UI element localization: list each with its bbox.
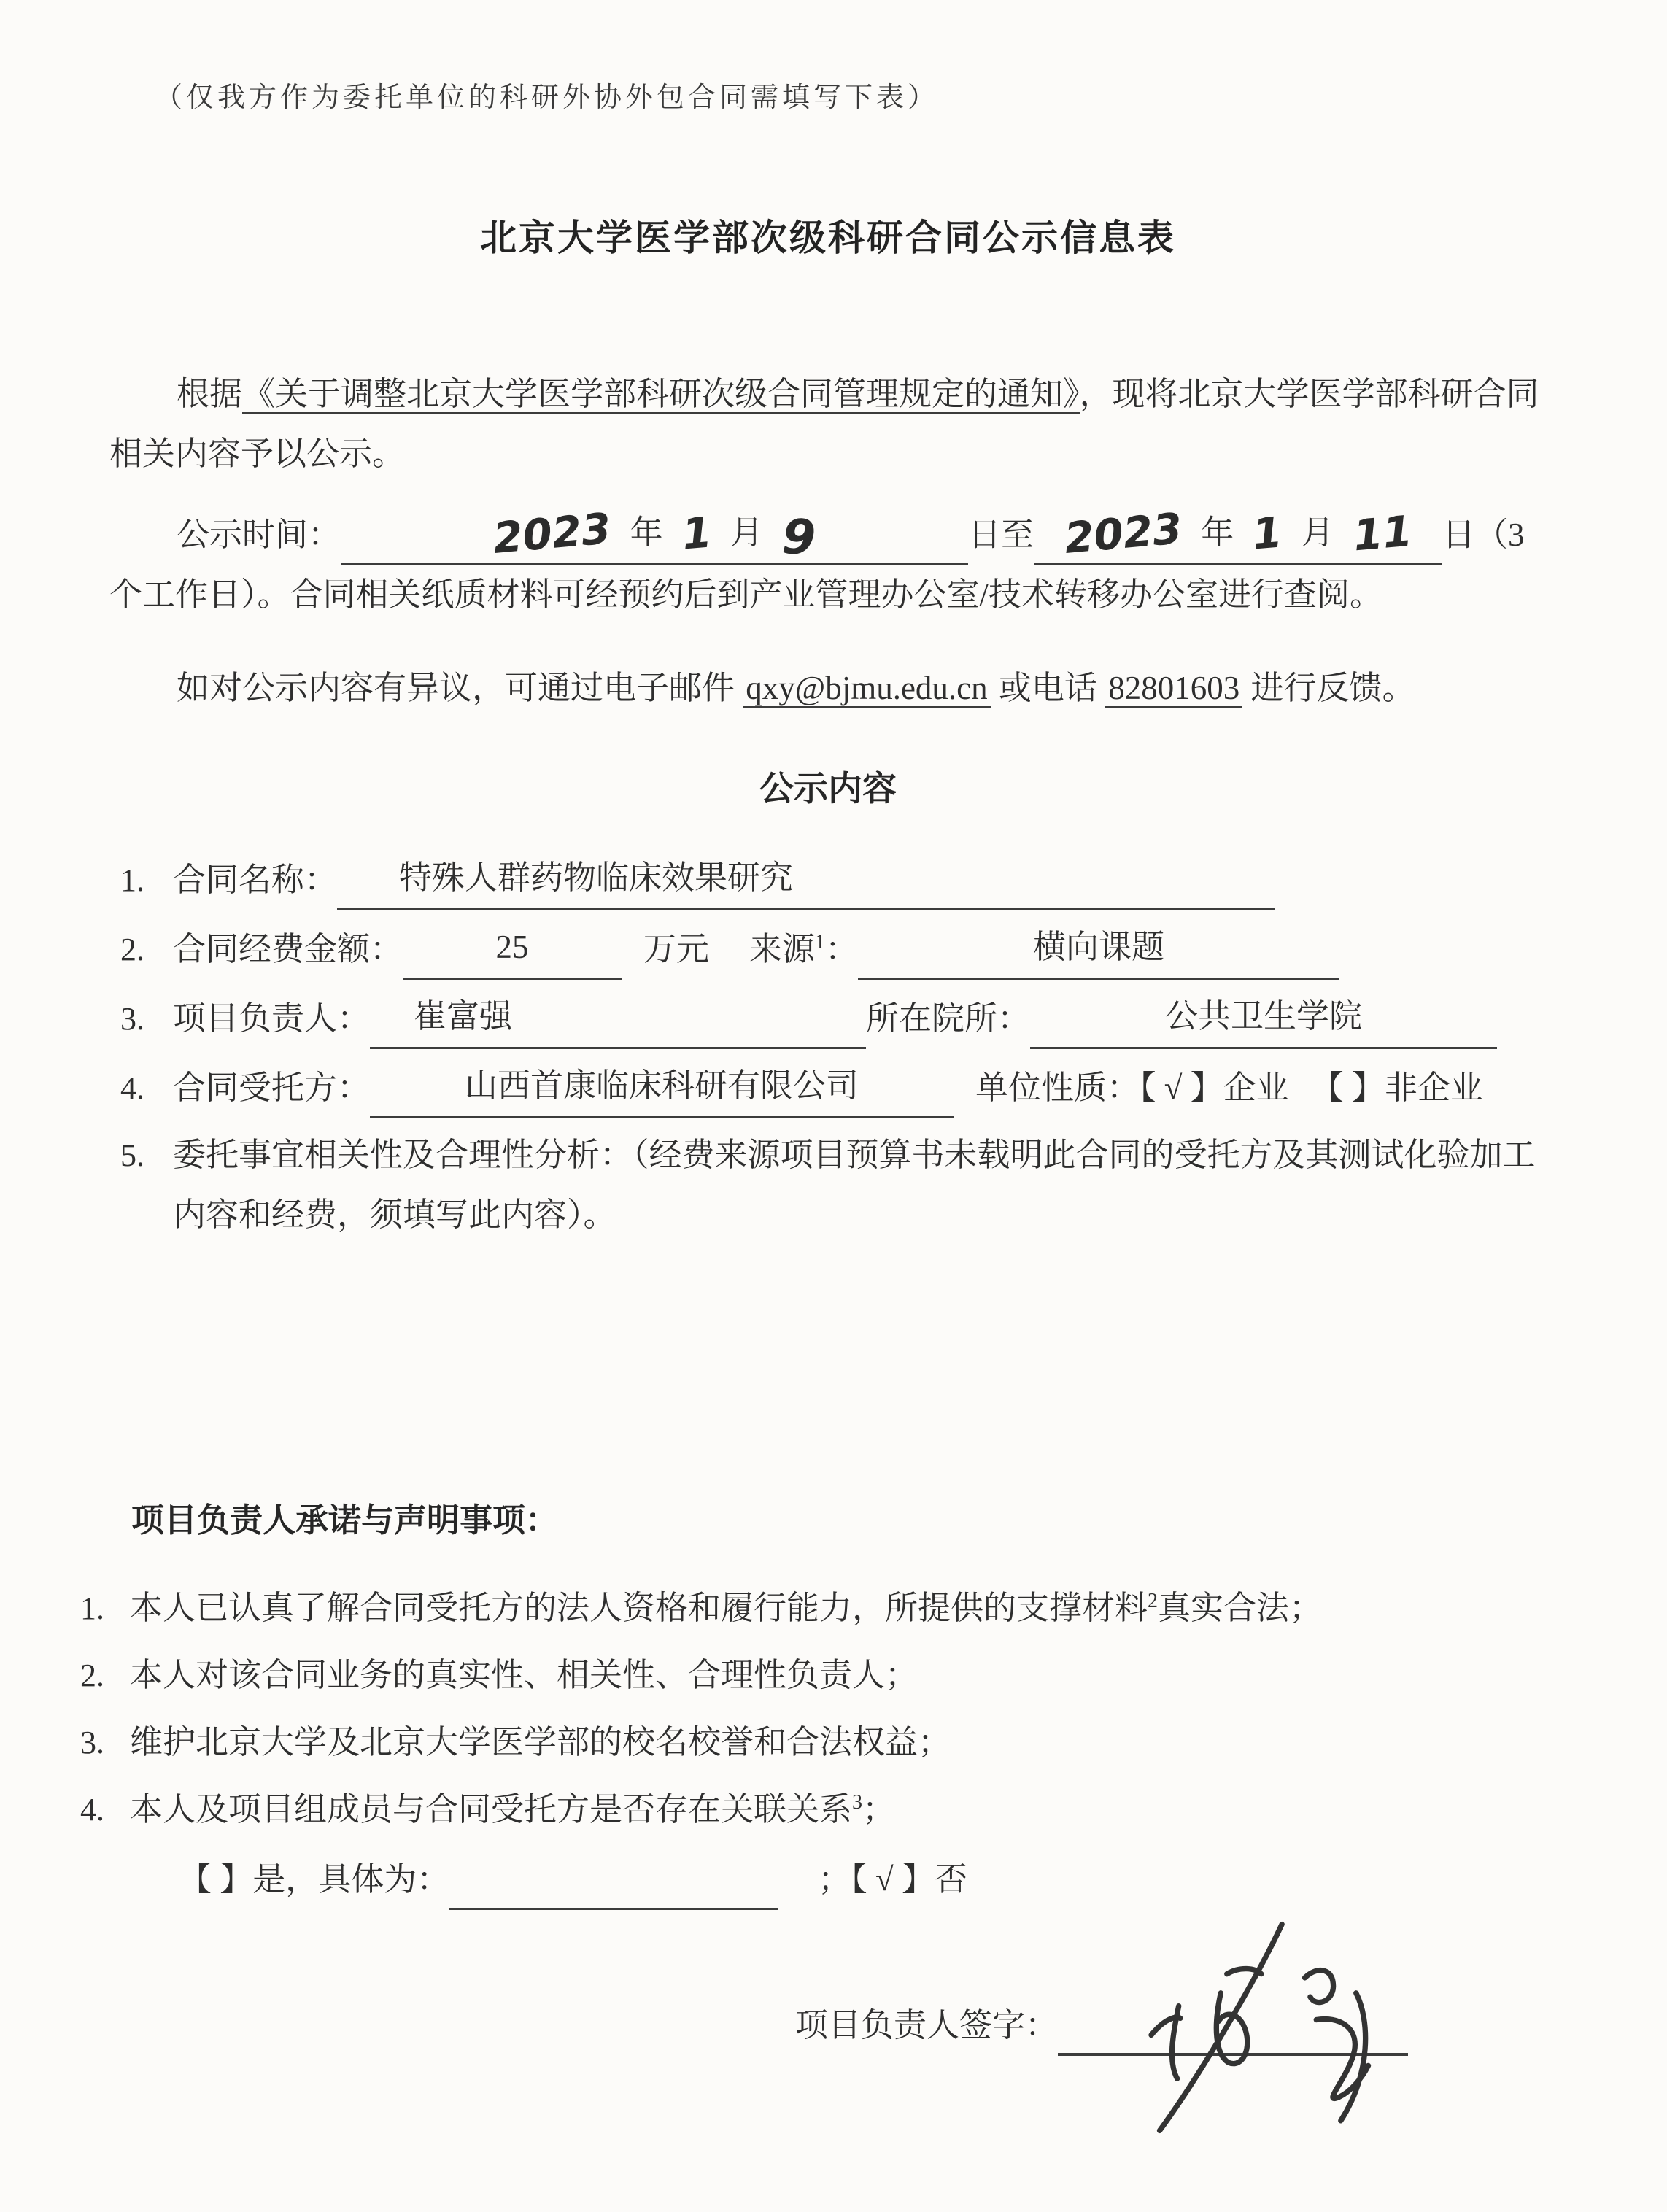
public-content-list: 1. 合同名称：特殊人群药物临床效果研究 2. 合同经费金额：25万元来源1：横… (109, 848, 1547, 1245)
trustee-field: 山西首康临床科研有限公司 (370, 1056, 954, 1118)
period-end-field: 2023年1月11 (1034, 503, 1442, 565)
declaration-heading: 项目负责人承诺与声明事项： (131, 1491, 1547, 1551)
item-number: 4. (80, 1781, 130, 1839)
intro-prefix: 根据 (177, 376, 242, 412)
declaration-item-1: 1. 本人已认真了解合同受托方的法人资格和履行能力，所提供的支撑材料2真实合法； (80, 1579, 1547, 1639)
analysis-text: 委托事宜相关性及合理性分析：（经费来源项目预算书未载明此合同的受托方及其测试化验… (173, 1137, 1536, 1233)
principal-field: 崔富强 (370, 987, 866, 1049)
year-char: 年 (630, 514, 663, 551)
period-paragraph: 公示时间：2023年1月9日至2023年1月11日（3 个工作日）。合同相关纸质… (109, 503, 1547, 625)
declaration-3-text: 维护北京大学及北京大学医学部的校名校誉和合法权益； (130, 1724, 951, 1760)
handwritten-end-month: 1 (1253, 532, 1282, 535)
signature-label: 项目负责人签字： (795, 2007, 1058, 2043)
relation-no-option-checked: 【 √ 】否 (851, 1861, 967, 1898)
declaration-1-text: 本人已认真了解合同受托方的法人资格和履行能力，所提供的支撑材料 (130, 1590, 1148, 1626)
month-char-2: 月 (1302, 514, 1334, 551)
declaration-item-2: 2. 本人对该合同业务的真实性、相关性、合理性负责人； (80, 1646, 1547, 1706)
handwritten-start-day: 9 (782, 537, 816, 538)
dept-value: 公共卫生学院 (1165, 998, 1362, 1035)
amount-unit: 万元 (643, 931, 709, 967)
item-number: 1. (120, 851, 173, 910)
handwritten-end-year: 2023 (1064, 528, 1182, 538)
handwritten-start-month: 1 (682, 532, 711, 535)
relation-separator: ； (818, 1861, 851, 1898)
declaration-list: 1. 本人已认真了解合同受托方的法人资格和履行能力，所提供的支撑材料2真实合法；… (109, 1579, 1547, 1840)
relation-yes-no-line: 【 】是，具体为：；【 √ 】否 (179, 1850, 1547, 1910)
top-note: （仅我方作为委托单位的科研外协外包合同需填写下表） (155, 73, 1547, 123)
item-number: 2. (80, 1647, 130, 1705)
declaration-1-tail: 真实合法； (1158, 1590, 1322, 1626)
declaration-item-3: 3. 维护北京大学及北京大学医学部的校名校誉和合法权益； (80, 1713, 1547, 1773)
feedback-middle: 或电话 (991, 670, 1106, 706)
item-number: 3. (120, 990, 173, 1048)
feedback-paragraph: 如对公示内容有异议，可通过电子邮件 qxy@bjmu.edu.cn 或电话 82… (109, 659, 1547, 719)
list-item-trustee: 4. 合同受托方：山西首康临床科研有限公司单位性质：【 √ 】企业【 】非企业 (120, 1056, 1547, 1118)
item-number: 3. (80, 1714, 130, 1772)
amount-value: 25 (496, 929, 529, 965)
amount-label: 合同经费金额： (173, 931, 403, 967)
handwritten-end-day: 11 (1353, 530, 1412, 535)
principal-name: 崔富强 (414, 998, 512, 1035)
contract-name-value: 特殊人群药物临床效果研究 (399, 859, 793, 896)
contract-name-label: 合同名称： (173, 862, 337, 898)
dept-label: 所在院所： (866, 1000, 1030, 1037)
list-item-contract-name: 1. 合同名称：特殊人群药物临床效果研究 (120, 848, 1547, 910)
contact-phone: 82801603 (1105, 670, 1242, 708)
source-label: 来源 (749, 931, 815, 967)
dept-field: 公共卫生学院 (1030, 987, 1497, 1049)
nature-label: 单位性质： (975, 1070, 1140, 1106)
source-footnote-marker: 1 (815, 931, 825, 954)
source-value: 横向课题 (1033, 929, 1164, 965)
page-title: 北京大学医学部次级科研合同公示信息表 (109, 205, 1547, 271)
relation-yes-option: 【 】是，具体为： (179, 1861, 449, 1898)
handwritten-start-year: 2023 (493, 528, 611, 538)
month-char: 月 (730, 514, 763, 551)
footnote-marker-3: 3 (852, 1791, 862, 1814)
trustee-company: 山西首康临床科研有限公司 (465, 1067, 859, 1104)
signature-field (1058, 2009, 1408, 2056)
intro-paragraph: 根据《关于调整北京大学医学部科研次级合同管理规定的通知》，现将北京大学医学部科研… (109, 365, 1547, 484)
declaration-item-4: 4. 本人及项目组成员与合同受托方是否存在关联关系3； (80, 1780, 1547, 1840)
contact-email: qxy@bjmu.edu.cn (743, 670, 990, 708)
contract-name-field: 特殊人群药物临床效果研究 (337, 848, 1275, 910)
list-item-analysis: 5. 委托事宜相关性及合理性分析：（经费来源项目预算书未载明此合同的受托方及其测… (120, 1126, 1547, 1245)
principal-label: 项目负责人： (173, 1000, 370, 1037)
nature-option-non-enterprise: 【 】非企业 (1311, 1070, 1483, 1106)
notice-title: 《关于调整北京大学医学部科研次级合同管理规定的通知》 (242, 376, 1080, 414)
list-item-principal: 3. 项目负责人：崔富强所在院所：公共卫生学院 (120, 987, 1547, 1049)
declaration-2-text: 本人对该合同业务的真实性、相关性、合理性负责人； (130, 1657, 918, 1693)
year-char-2: 年 (1201, 514, 1234, 551)
period-to-label: 日至 (968, 517, 1034, 553)
trustee-label: 合同受托方： (173, 1070, 370, 1106)
period-start-field: 2023年1月9 (341, 503, 968, 565)
amount-field: 25 (403, 918, 622, 980)
source-colon: ： (825, 931, 858, 967)
source-field: 横向课题 (858, 918, 1339, 980)
item-number: 4. (120, 1059, 173, 1118)
item-number: 1. (80, 1579, 130, 1638)
relation-detail-field (449, 1908, 778, 1910)
item-number: 5. (120, 1126, 173, 1185)
item-number: 2. (120, 921, 173, 979)
list-item-contract-amount: 2. 合同经费金额：25万元来源1：横向课题 (120, 918, 1547, 980)
feedback-suffix: 进行反馈。 (1242, 670, 1415, 706)
footnote-marker-2: 2 (1148, 1590, 1158, 1612)
document-page: （仅我方作为委托单位的科研外协外包合同需填写下表） 北京大学医学部次级科研合同公… (0, 0, 1667, 2212)
nature-option-enterprise-checked: 【 √ 】企业 (1140, 1070, 1289, 1106)
content-section-heading: 公示内容 (109, 759, 1547, 821)
feedback-prefix: 如对公示内容有异议，可通过电子邮件 (177, 670, 743, 706)
period-label: 公示时间： (177, 517, 341, 553)
declaration-4-text: 本人及项目组成员与合同受托方是否存在关联关系 (130, 1791, 852, 1828)
declaration-4-tail: ； (862, 1791, 895, 1828)
signature-row: 项目负责人签字： (109, 1996, 1547, 2142)
signature-handwriting-icon (1087, 1918, 1408, 2137)
